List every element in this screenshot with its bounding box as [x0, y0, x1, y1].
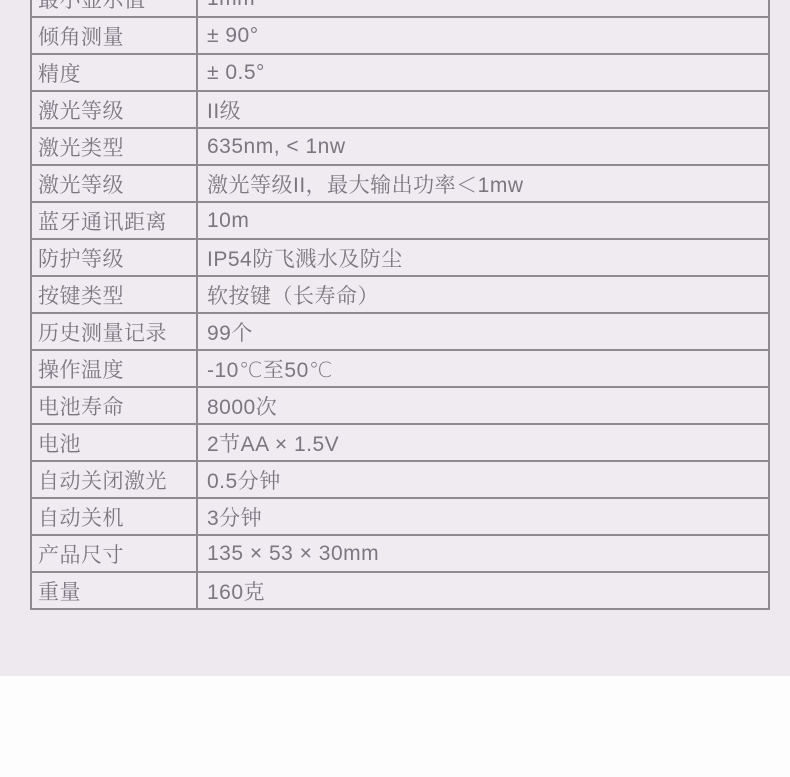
spec-label-cell: 重量 — [31, 572, 197, 609]
spec-label-cell: 激光等级 — [31, 165, 197, 202]
spec-value-cell: -10℃至50℃ — [197, 350, 769, 387]
table-row: 激光类型635nm, < 1nw — [31, 128, 769, 165]
table-row: 激光等级激光等级II，最大输出功率＜1mw — [31, 165, 769, 202]
spec-value-cell: 0.5分钟 — [197, 461, 769, 498]
spec-value-cell: II级 — [197, 91, 769, 128]
spec-value-cell: 3分钟 — [197, 498, 769, 535]
spec-label-cell: 操作温度 — [31, 350, 197, 387]
page-bottom-whitespace — [0, 676, 790, 777]
spec-label-cell: 自动关机 — [31, 498, 197, 535]
spec-label-cell: 产品尺寸 — [31, 535, 197, 572]
table-row: 精度± 0.5° — [31, 54, 769, 91]
spec-label-cell: 电池寿命 — [31, 387, 197, 424]
spec-label-cell: 激光类型 — [31, 128, 197, 165]
table-row: 激光等级II级 — [31, 91, 769, 128]
spec-label-cell: 电池 — [31, 424, 197, 461]
table-row: 按键类型软按键（长寿命） — [31, 276, 769, 313]
table-row: 自动关机3分钟 — [31, 498, 769, 535]
spec-value-cell: 8000次 — [197, 387, 769, 424]
spec-value-cell: 1mm — [197, 0, 769, 17]
spec-table-area: 最小显示值1mm倾角测量± 90°精度± 0.5°激光等级II级激光类型635n… — [0, 0, 790, 676]
table-row: 倾角测量± 90° — [31, 17, 769, 54]
spec-value-cell: 激光等级II，最大输出功率＜1mw — [197, 165, 769, 202]
spec-value-cell: 10m — [197, 202, 769, 239]
spec-value-cell: ± 0.5° — [197, 54, 769, 91]
spec-label-cell: 激光等级 — [31, 91, 197, 128]
spec-value-cell: 99个 — [197, 313, 769, 350]
table-row: 电池寿命8000次 — [31, 387, 769, 424]
spec-label-cell: 按键类型 — [31, 276, 197, 313]
table-row: 产品尺寸135 × 53 × 30mm — [31, 535, 769, 572]
spec-label-cell: 倾角测量 — [31, 17, 197, 54]
spec-value-cell: 软按键（长寿命） — [197, 276, 769, 313]
spec-label-cell: 蓝牙通讯距离 — [31, 202, 197, 239]
spec-value-cell: 635nm, < 1nw — [197, 128, 769, 165]
spec-value-cell: IP54防飞溅水及防尘 — [197, 239, 769, 276]
spec-value-cell: 135 × 53 × 30mm — [197, 535, 769, 572]
table-row: 自动关闭激光0.5分钟 — [31, 461, 769, 498]
table-row: 电池2节AA × 1.5V — [31, 424, 769, 461]
spec-value-cell: 2节AA × 1.5V — [197, 424, 769, 461]
table-row: 重量160克 — [31, 572, 769, 609]
table-row: 历史测量记录99个 — [31, 313, 769, 350]
spec-value-cell: ± 90° — [197, 17, 769, 54]
spec-value-cell: 160克 — [197, 572, 769, 609]
spec-label-cell: 精度 — [31, 54, 197, 91]
table-row: 操作温度-10℃至50℃ — [31, 350, 769, 387]
table-row: 最小显示值1mm — [31, 0, 769, 17]
spec-label-cell: 自动关闭激光 — [31, 461, 197, 498]
spec-label-cell: 防护等级 — [31, 239, 197, 276]
spec-table: 最小显示值1mm倾角测量± 90°精度± 0.5°激光等级II级激光类型635n… — [30, 0, 770, 610]
table-row: 防护等级IP54防飞溅水及防尘 — [31, 239, 769, 276]
product-spec-page: 最小显示值1mm倾角测量± 90°精度± 0.5°激光等级II级激光类型635n… — [0, 0, 790, 777]
spec-table-body: 最小显示值1mm倾角测量± 90°精度± 0.5°激光等级II级激光类型635n… — [31, 0, 769, 609]
spec-label-cell: 最小显示值 — [31, 0, 197, 17]
table-row: 蓝牙通讯距离10m — [31, 202, 769, 239]
spec-label-cell: 历史测量记录 — [31, 313, 197, 350]
